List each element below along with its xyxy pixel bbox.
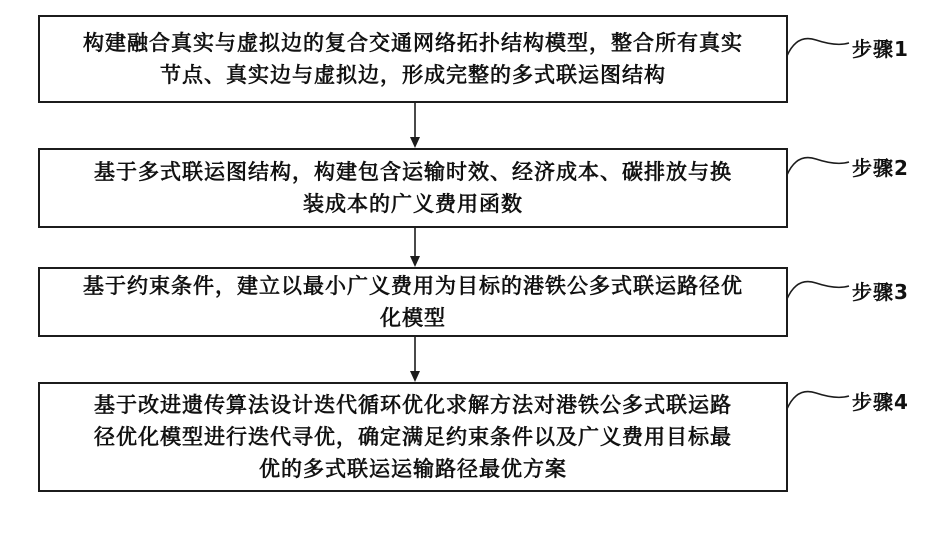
step-annotation-1: 步骤1 [786, 33, 934, 61]
flow-box-step4-line1: 基于改进遗传算法设计迭代循环优化求解方法对港铁公多式联运路 [94, 389, 732, 421]
flow-box-step3-line1: 基于约束条件，建立以最小广义费用为目标的港铁公多式联运路径优 [83, 270, 743, 302]
down-arrow-icon [408, 337, 422, 382]
flow-box-step1: 构建融合真实与虚拟边的复合交通网络拓扑结构模型，整合所有真实 节点、真实边与虚拟… [38, 15, 788, 103]
curve-connector-icon [786, 153, 850, 179]
step-annotation-2: 步骤2 [786, 152, 934, 180]
flowchart-figure: 构建融合真实与虚拟边的复合交通网络拓扑结构模型，整合所有真实 节点、真实边与虚拟… [0, 0, 935, 552]
flow-box-step2-line1: 基于多式联运图结构，构建包含运输时效、经济成本、碳排放与换 [94, 156, 732, 188]
step-label-2: 步骤2 [852, 152, 909, 181]
step-annotation-4: 步骤4 [786, 386, 934, 414]
flow-box-step3: 基于约束条件，建立以最小广义费用为目标的港铁公多式联运路径优 化模型 [38, 267, 788, 337]
curve-connector-icon [786, 34, 850, 60]
step-label-1: 步骤1 [852, 33, 909, 62]
flow-box-step2: 基于多式联运图结构，构建包含运输时效、经济成本、碳排放与换 装成本的广义费用函数 [38, 148, 788, 228]
flow-box-step1-line1: 构建融合真实与虚拟边的复合交通网络拓扑结构模型，整合所有真实 [83, 27, 743, 59]
step-label-4: 步骤4 [852, 386, 909, 415]
down-arrow-icon [408, 103, 422, 148]
flow-box-step4: 基于改进遗传算法设计迭代循环优化求解方法对港铁公多式联运路 径优化模型进行迭代寻… [38, 382, 788, 492]
step-annotation-3: 步骤3 [786, 276, 934, 304]
step-label-3: 步骤3 [852, 276, 909, 305]
down-arrow-icon [408, 228, 422, 267]
flow-box-step3-line2: 化模型 [380, 302, 446, 334]
flow-box-step2-line2: 装成本的广义费用函数 [303, 188, 523, 220]
flow-box-step4-line3: 优的多式联运运输路径最优方案 [259, 453, 567, 485]
flow-box-step4-line2: 径优化模型进行迭代寻优，确定满足约束条件以及广义费用目标最 [94, 421, 732, 453]
curve-connector-icon [786, 277, 850, 303]
curve-connector-icon [786, 387, 850, 413]
flow-box-step1-line2: 节点、真实边与虚拟边，形成完整的多式联运图结构 [160, 59, 666, 91]
